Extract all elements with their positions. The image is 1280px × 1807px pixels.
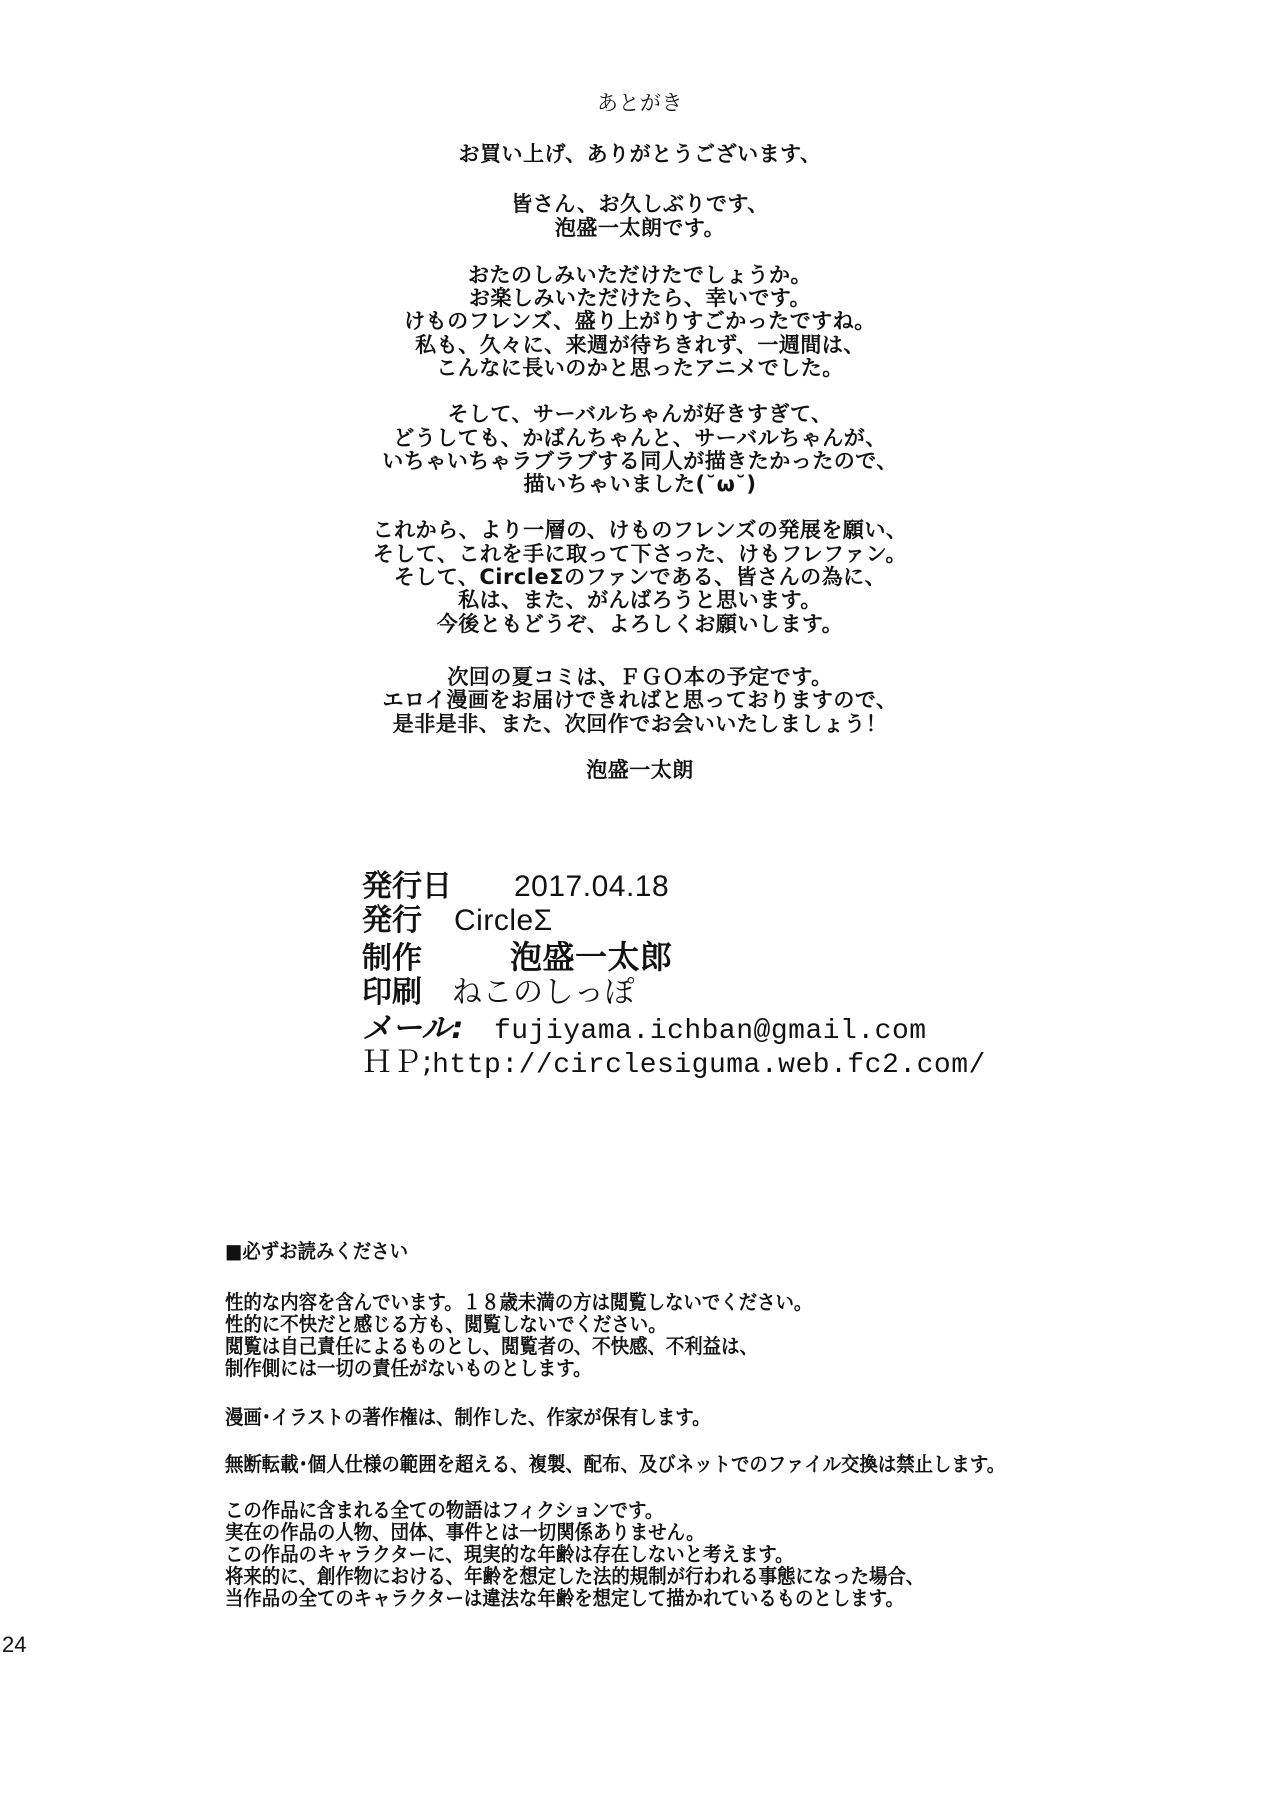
publisher: CircleΣ <box>454 904 553 938</box>
disclaimer-line: この作品に含まれる全ての物語はフィクションです。 <box>225 1498 663 1522</box>
disclaimer-line: 閲覧は自己責任によるものとし、閲覧者の、不快感、不利益は、 <box>225 1334 758 1358</box>
colophon-row-email: メール:fujiyama.ichban@gmail.com <box>362 1012 927 1049</box>
prohibition-notice: 無断転載･個人仕様の範囲を超える、複製、配布、及びネットでのファイル交換は禁止し… <box>225 1452 1005 1476</box>
colophon-row-date: 発行日2017.04.18 <box>362 870 669 904</box>
colophon-row-author: 制作泡盛一太郎 <box>362 940 673 976</box>
disclaimer-line: 実在の作品の人物、団体、事件とは一切関係ありません。 <box>225 1520 705 1544</box>
email-link[interactable]: fujiyama.ichban@gmail.com <box>494 1015 927 1049</box>
paragraph-line: エロイ漫画をお届けできればと思っておりますので、 <box>0 687 1280 713</box>
paragraph-line: こんなに長いのかと思ったアニメでした。 <box>0 355 1280 381</box>
paragraph-line: 描いちゃいました(˘ω˘) <box>0 471 1280 497</box>
disclaimer-line: 制作側には一切の責任がないものとします。 <box>225 1356 592 1380</box>
hello-line: 皆さん、お久しぶりです、 <box>0 191 1280 217</box>
paragraph-line: そして、サーバルちゃんが好きすぎて、 <box>0 401 1280 427</box>
colophon-label: 発行 <box>362 904 454 938</box>
publish-date: 2017.04.18 <box>514 870 669 904</box>
colophon-label: メール: <box>362 1012 494 1046</box>
author-name: 泡盛一太郎 <box>510 940 673 974</box>
colophon-row-publisher: 発行CircleΣ <box>362 904 553 938</box>
homepage-link[interactable]: http://circlesiguma.web.fc2.com/ <box>432 1049 986 1083</box>
printer: ねこのしっぽ <box>452 976 635 1010</box>
disclaimer-line: 性的に不快だと感じる方も、閲覧しないでください。 <box>225 1312 667 1336</box>
paragraph-line: 私は、また、がんばろうと思います。 <box>0 587 1280 613</box>
hello-line: 泡盛一太朗です。 <box>0 215 1280 241</box>
document-page: あとがき お買い上げ、ありがとうございます、 皆さん、お久しぶりです、 泡盛一太… <box>0 0 1280 1807</box>
colophon-label: ＨＰ; <box>362 1046 432 1080</box>
colophon-label: 発行日 <box>362 870 514 904</box>
disclaimer-line: 性的な内容を含んでいます。１８歳未満の方は閲覧しないでください。 <box>225 1290 812 1314</box>
colophon-label: 印刷 <box>362 976 452 1010</box>
disclaimer-line: この作品のキャラクターに、現実的な年齢は存在しないと考えます。 <box>225 1542 794 1566</box>
paragraph-line: 今後ともどうぞ、よろしくお願いします。 <box>0 611 1280 637</box>
paragraph-line: これから、より一層の、けものフレンズの発展を願い、 <box>0 517 1280 543</box>
colophon-row-printer: 印刷ねこのしっぽ <box>362 976 635 1010</box>
greeting-line: お買い上げ、ありがとうございます、 <box>0 141 1280 167</box>
disclaimer-line: 当作品の全てのキャラクターは違法な年齢を想定して描かれているものとします。 <box>225 1586 904 1610</box>
disclaimer-line: 将来的に、創作物における、年齢を想定した法的規制が行われる事態になった場合、 <box>225 1564 924 1588</box>
afterword-title: あとがき <box>0 90 1280 116</box>
author-signature: 泡盛一太朗 <box>0 757 1280 783</box>
paragraph-line: 是非是非、また、次回作でお会いいたしましょう！ <box>0 711 1280 737</box>
disclaimer-heading: ■必ずお読みください <box>225 1239 408 1263</box>
page-number: 24 <box>2 1633 26 1657</box>
paragraph-line: けものフレンズ、盛り上がりすごかったですね。 <box>0 308 1280 334</box>
copyright-notice: 漫画･イラストの著作権は、制作した、作家が保有します。 <box>225 1405 711 1429</box>
colophon-label: 制作 <box>362 942 510 976</box>
colophon-row-homepage: ＨＰ;http://circlesiguma.web.fc2.com/ <box>362 1046 986 1083</box>
